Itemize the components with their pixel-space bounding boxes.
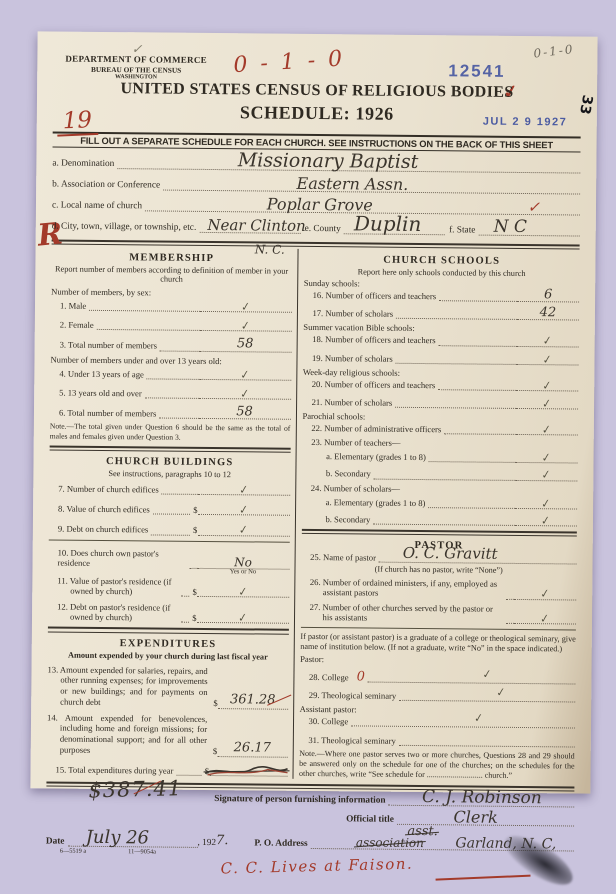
question-22-row: 22. Number of administrative officers ✓ (302, 423, 578, 436)
serial-number-stamp: 12541 (448, 61, 505, 82)
question-25-answer: O. C. Gravitt (403, 545, 498, 564)
question-31-label: 31. Theological seminary (308, 735, 396, 746)
question-21-row: 21. Number of scholars ✓ (303, 397, 579, 410)
question-24a-row: a. Elementary (grades 1 to 8) ✓ (302, 497, 578, 510)
membership-group-sex: Number of members, by sex: (51, 287, 292, 299)
question-30-row: 30. College ✓ (300, 716, 576, 729)
question-16-answer: 6 (517, 287, 579, 303)
agency-block: DEPARTMENT OF COMMERCE BUREAU OF THE CEN… (65, 54, 207, 83)
field-city: d. City, town, village, or township, etc… (52, 210, 580, 236)
question-18-row: 18. Number of officers and teachers ✓ (303, 334, 579, 347)
question-17-row: 17. Number of scholars 42 (303, 308, 579, 321)
corrected-total: $387.41 (88, 776, 182, 800)
question-26-label: 26. Number of ordained ministers, if any… (310, 577, 504, 599)
question-4-label: 4. Under 13 years of age (59, 368, 144, 379)
buildings-title: CHURCH BUILDINGS (49, 456, 290, 469)
field-county-label: e. County (305, 224, 341, 234)
question-16-label: 16. Number of officers and teachers (313, 290, 437, 301)
graduate-note: Note.—Where one pastor serves two or mor… (299, 749, 575, 782)
question-29-label: 29. Theological seminary (309, 690, 397, 701)
question-1-row: 1. Male ✓ (51, 301, 292, 313)
question-21-answer: ✓ (542, 397, 552, 410)
question-29-answer: ✓ (496, 686, 506, 699)
question-15-label: 15. Total expenditures during year (56, 764, 174, 775)
question-3-row: 3. Total number of members 58 (51, 340, 292, 352)
schools-group-summer: Summer vacation Bible schools: (303, 322, 579, 335)
schools-subtitle: Report here only schools conducted by th… (304, 267, 580, 279)
right-column: CHURCH SCHOOLS Report here only schools … (292, 249, 580, 782)
question-23b-answer: ✓ (542, 469, 552, 482)
signature-value: C. J. Robinson (422, 787, 542, 800)
field-city-label: d. City, town, village, or township, etc… (52, 221, 197, 232)
signature-row: Signature of person furnishing informati… (214, 794, 574, 800)
question-31-row: 31. Theological seminary (299, 735, 575, 748)
buildings-subtitle: See instructions, paragraphs 10 to 12 (49, 469, 290, 480)
question-2-label: 2. Female (60, 320, 94, 330)
question-25-label: 25. Name of pastor (310, 552, 376, 563)
question-17-answer: 42 (517, 305, 579, 321)
question-28-red-zero: 0 (357, 670, 365, 685)
question-23b-label: b. Secondary (326, 469, 371, 480)
signature-block: $387.41 Signature of person furnishing i… (46, 793, 575, 800)
question-3-label: 3. Total number of members (60, 340, 157, 351)
question-19-label: 19. Number of scholars (312, 353, 393, 364)
question-30-answer: ✓ (474, 712, 484, 725)
question-6-label: 6. Total number of members (59, 407, 156, 418)
question-8-answer: ✓ (239, 504, 249, 517)
question-10-label: 10. Does church own pastor's residence (58, 547, 187, 569)
question-26-answer: ✓ (540, 588, 550, 601)
minor-divider (49, 539, 290, 542)
question-5-answer: ✓ (240, 387, 250, 400)
question-25-row: 25. Name of pastor O. C. Gravitt (301, 552, 577, 565)
question-4-answer: ✓ (240, 368, 250, 381)
question-6-row: 6. Total number of members 58 (50, 407, 291, 419)
membership-intro: Report number of members according to de… (51, 265, 292, 285)
question-7-row: 7. Number of church edifices ✓ (49, 484, 290, 496)
question-18-label: 18. Number of officers and teachers (312, 334, 436, 345)
schools-title: CHURCH SCHOOLS (304, 254, 580, 268)
field-county-value: Duplin (354, 211, 422, 236)
question-23b-row: b. Secondary ✓ (302, 468, 578, 481)
schools-group-weekday: Week-day religious schools: (303, 367, 579, 380)
field-denomination-label: a. Denomination (52, 158, 114, 169)
question-10-row: 10. Does church own pastor's residence N… (49, 547, 290, 570)
red-check-field-c: ✓ (527, 198, 540, 216)
question-14-row: 14. Amount expended for benevolences, in… (47, 712, 288, 757)
question-21-label: 21. Number of scholars (312, 397, 393, 408)
question-18-answer: ✓ (543, 335, 553, 348)
signature-label: Signature of person furnishing informati… (214, 794, 385, 800)
question-19-answer: ✓ (543, 353, 553, 366)
question-11-label: 11. Value of pastor's residence (if owne… (57, 575, 178, 596)
field-denomination-value: Missionary Baptist (238, 149, 419, 173)
question-9-row: 9. Debt on church edifices $ ✓ (49, 524, 290, 536)
identification-fields: a. Denomination Missionary Baptist b. As… (52, 147, 581, 236)
section-divider (50, 445, 291, 452)
section-divider (301, 529, 577, 537)
question-10-hint: Yes or No (197, 568, 289, 577)
question-7-answer: ✓ (239, 484, 249, 497)
question-25-hint: (If church has no pastor, write “None”) (301, 564, 577, 576)
question-19-row: 19. Number of scholars ✓ (303, 353, 579, 366)
question-23-row: 23. Number of teachers— (302, 437, 578, 450)
section-divider (48, 627, 289, 634)
question-9-answer: ✓ (239, 524, 249, 537)
expenditures-subtitle: Amount expended by your church during la… (48, 650, 289, 661)
question-1-label: 1. Male (60, 301, 86, 311)
question-28-row: 28. College 0 ✓ (300, 666, 576, 684)
question-12-row: 12. Debt on pastor's residence (if owned… (48, 602, 289, 625)
question-14-answer: 26.17 (217, 740, 287, 757)
question-28-label: 28. College (309, 672, 349, 683)
graduate-group-assistant: Assistant pastor: (300, 704, 576, 717)
census-schedule-document: DEPARTMENT OF COMMERCE BUREAU OF THE CEN… (30, 31, 597, 793)
question-8-row: 8. Value of church edifices $ ✓ (49, 504, 290, 516)
document-header: DEPARTMENT OF COMMERCE BUREAU OF THE CEN… (53, 39, 582, 136)
scribbled-out-total (203, 763, 289, 780)
question-2-row: 2. Female ✓ (51, 320, 292, 332)
question-6-answer: 58 (198, 404, 290, 420)
question-24b-row: b. Secondary ✓ (301, 514, 577, 527)
question-23-label: 23. Number of teachers— (311, 437, 400, 448)
red-handwritten-code: 0 - 1 - 0 (233, 46, 346, 78)
field-city-value: Near Clinton (207, 216, 306, 235)
graduate-intro: If pastor (or assistant pastor) is a gra… (300, 632, 576, 655)
question-20-label: 20. Number of officers and teachers (312, 379, 436, 390)
question-7-label: 7. Number of church edifices (58, 484, 159, 495)
question-3-answer: 58 (199, 336, 291, 352)
question-17-label: 17. Number of scholars (312, 308, 393, 319)
question-12-label: 12. Debt on pastor's residence (if owned… (57, 602, 178, 623)
question-14-label: 14. Amount expended for benevolences, in… (47, 712, 211, 757)
question-24b-answer: ✓ (541, 514, 551, 527)
question-2-answer: ✓ (240, 320, 250, 333)
question-23a-row: a. Elementary (grades 1 to 8) ✓ (302, 451, 578, 464)
question-11-answer: ✓ (238, 585, 248, 598)
question-16-row: 16. Number of officers and teachers 6 (304, 290, 580, 303)
question-13-label: 13. Amount expended for salaries, repair… (47, 664, 211, 709)
question-20-answer: ✓ (542, 379, 552, 392)
question-24a-label: a. Elementary (grades 1 to 8) (326, 497, 426, 508)
question-13-row: 13. Amount expended for salaries, repair… (47, 664, 288, 709)
field-state-value: N C (494, 217, 527, 237)
question-24-label: 24. Number of scholars— (311, 483, 400, 494)
graduate-group-pastor: Pastor: (300, 654, 576, 667)
question-23a-answer: ✓ (542, 452, 552, 465)
expenditures-title: EXPENDITURES (48, 637, 289, 650)
question-20-row: 20. Number of officers and teachers ✓ (303, 379, 579, 392)
question-11-row: 11. Value of pastor's residence (if owne… (48, 575, 289, 598)
question-28-answer: ✓ (482, 668, 492, 681)
question-27-row: 27. Number of other churches served by t… (301, 602, 577, 625)
question-27-answer: ✓ (540, 612, 550, 625)
schools-group-parochial: Parochial schools: (302, 411, 578, 424)
question-26-row: 26. Number of ordained ministers, if any… (301, 577, 577, 600)
question-24-row: 24. Number of scholars— (302, 482, 578, 495)
question-5-label: 5. 13 years old and over (59, 387, 142, 398)
question-24b-label: b. Secondary (325, 514, 370, 525)
question-22-answer: ✓ (542, 423, 552, 436)
question-30-label: 30. College (309, 716, 349, 727)
question-5-row: 5. 13 years old and over ✓ (50, 387, 291, 399)
left-column: MEMBERSHIP Report number of members acco… (46, 247, 297, 779)
minor-divider (300, 627, 575, 631)
question-15-row: 15. Total expenditures during year $ (47, 764, 288, 776)
question-12-answer: ✓ (238, 612, 248, 625)
question-27-label: 27. Number of other churches served by t… (310, 602, 504, 624)
question-23a-label: a. Elementary (grades 1 to 8) (326, 451, 426, 462)
field-state-label: f. State (449, 225, 475, 235)
field-city-value-state: N. C. (255, 242, 285, 256)
question-22-label: 22. Number of administrative officers (311, 423, 441, 434)
document-title: UNITED STATES CENSUS OF RELIGIOUS BODIES (53, 79, 581, 102)
question-29-row: 29. Theological seminary ✓ (300, 690, 576, 703)
question-1-answer: ✓ (241, 301, 251, 314)
pencil-code: 0-1-0 (533, 42, 575, 61)
schedule-year-title: SCHEDULE: 1926 (53, 100, 581, 126)
membership-note: Note.—The total given under Question 6 s… (50, 421, 291, 442)
form-columns: MEMBERSHIP Report number of members acco… (46, 247, 579, 782)
pencil-check-mark: ✓ (131, 42, 142, 57)
question-24a-answer: ✓ (541, 497, 551, 510)
membership-group-age: Number of members under and over 13 year… (50, 354, 291, 366)
question-9-label: 9. Debt on church edifices (58, 524, 149, 535)
question-8-label: 8. Value of church edifices (58, 504, 150, 515)
field-association-value: Eastern Assn. (296, 174, 408, 194)
question-4-row: 4. Under 13 years of age ✓ (50, 368, 291, 380)
